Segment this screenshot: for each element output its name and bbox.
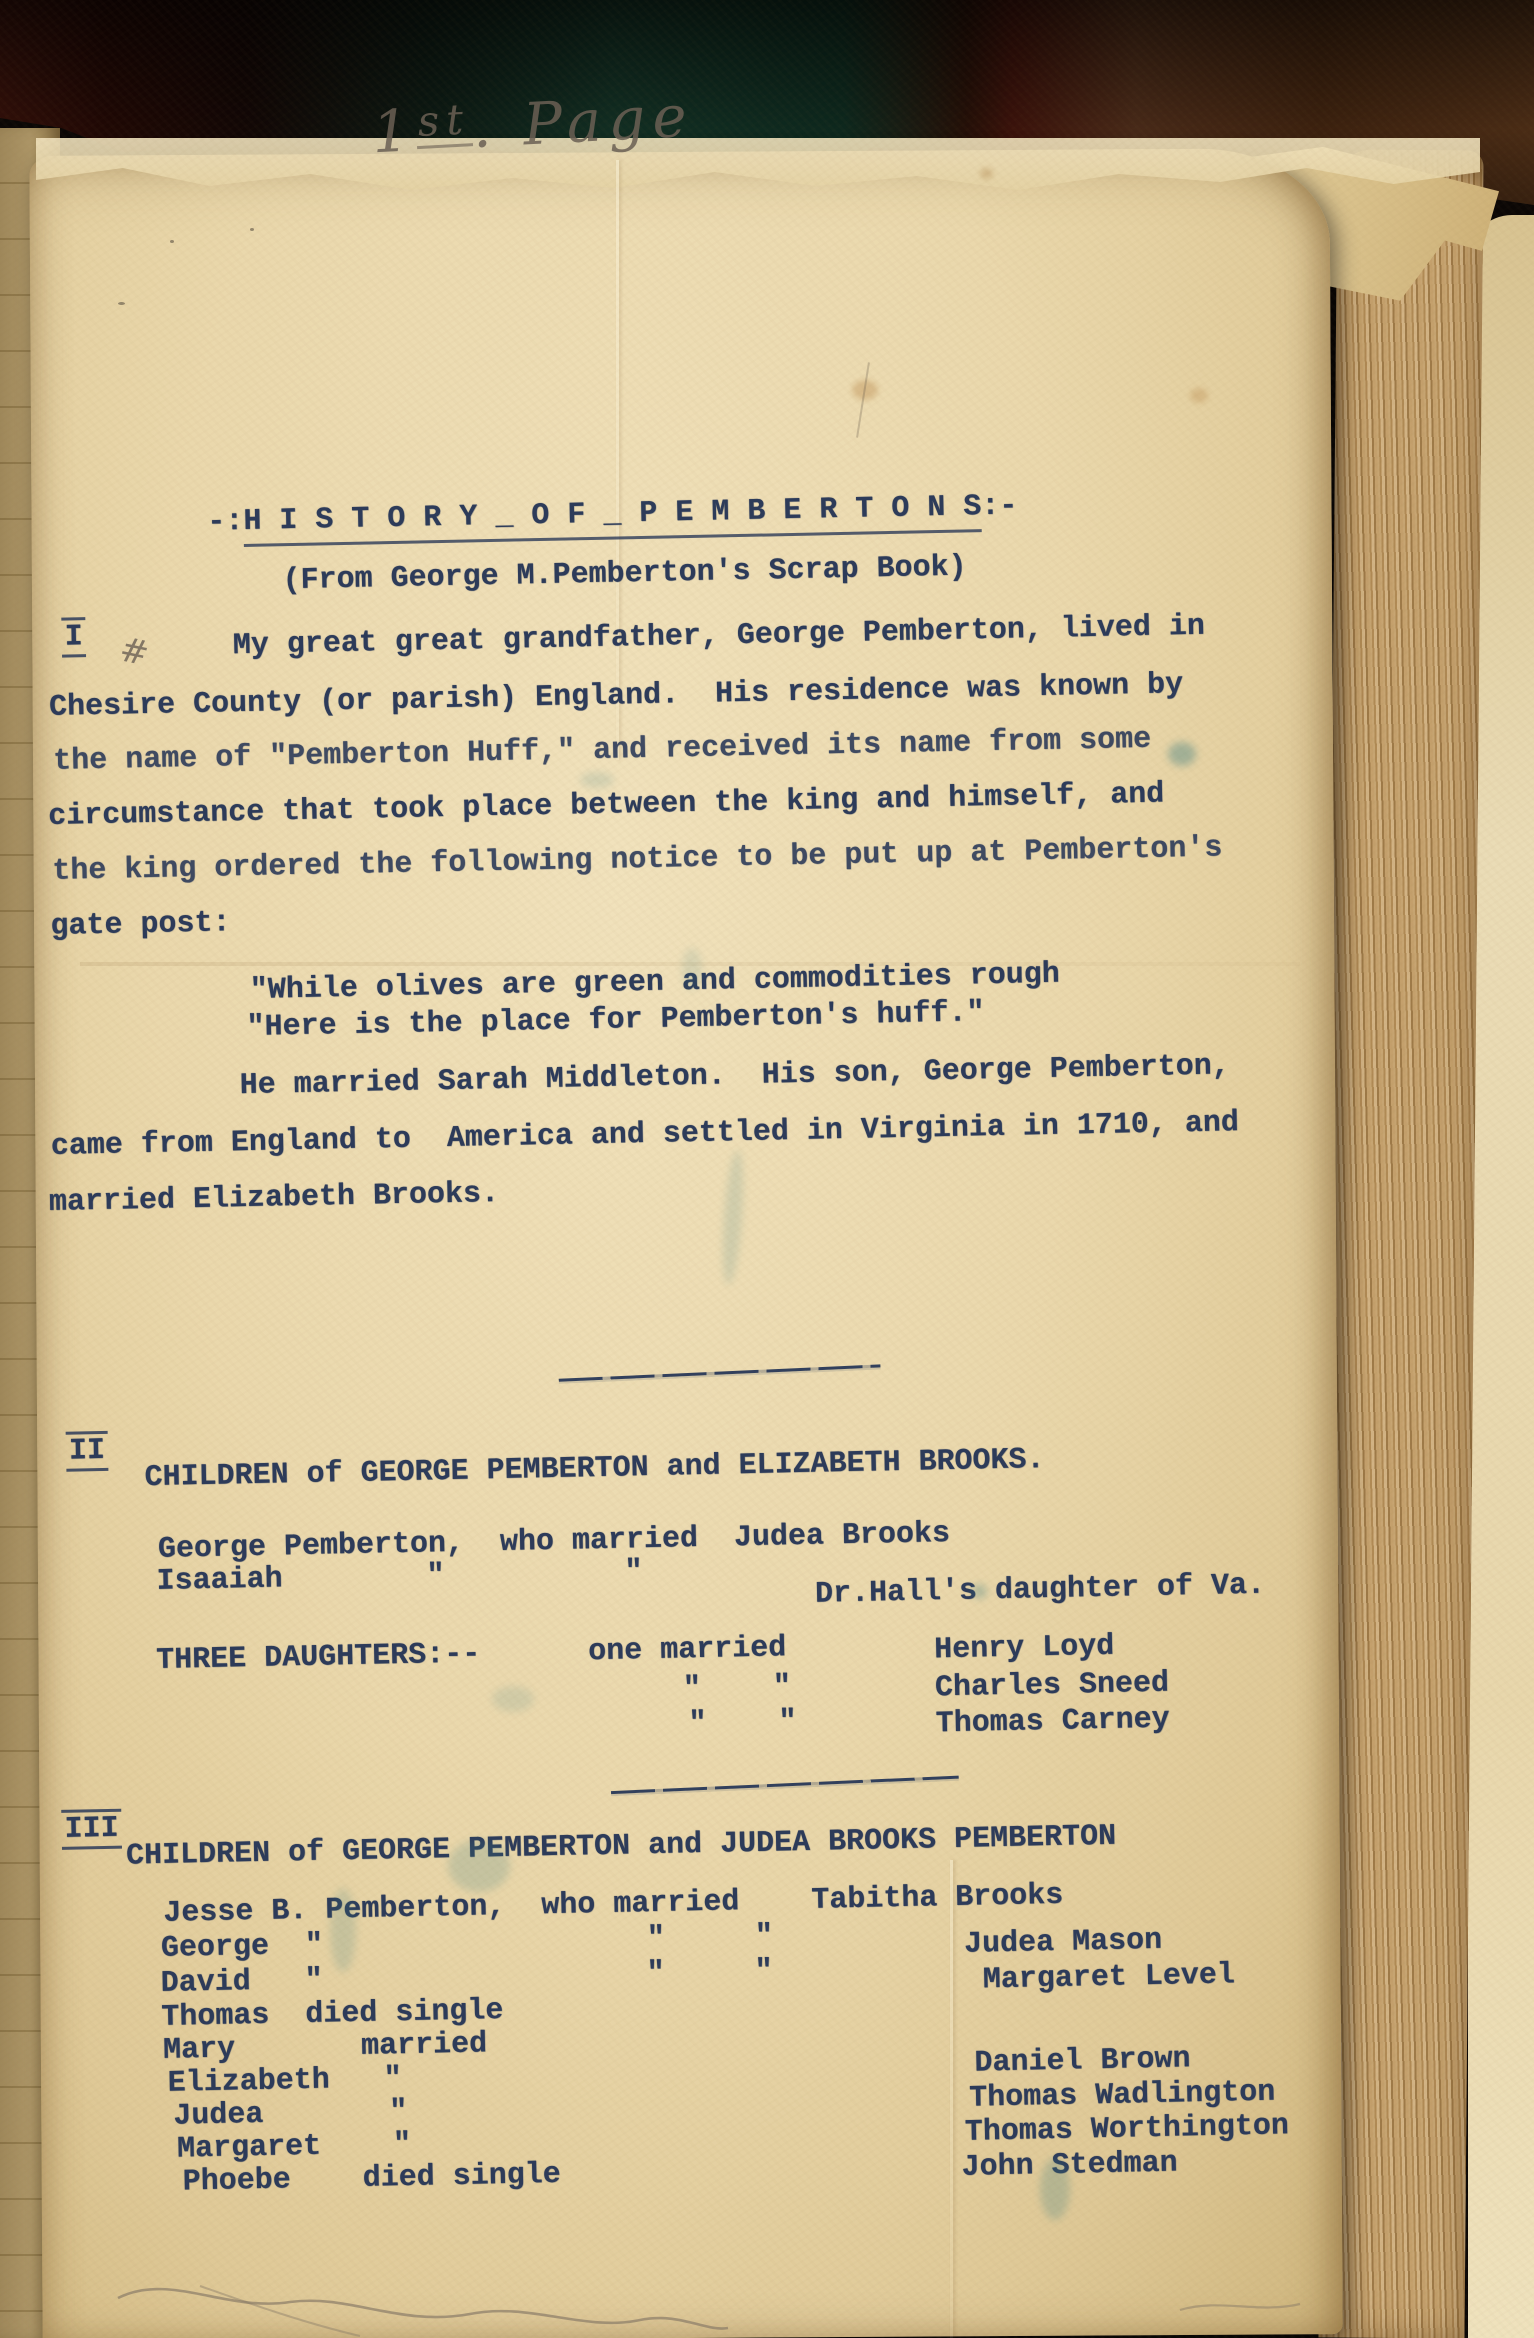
section3-row-phoebe: Phoebe died single [182, 2157, 561, 2201]
section3-spouse-margaret-level: Margaret Level [982, 1957, 1235, 1998]
roman-numeral-ii: II [66, 1433, 109, 1470]
section3-spouse-daniel-brown: Daniel Brown [974, 2041, 1191, 2081]
note-word: . Page [471, 82, 696, 161]
section2-husband-3: Thomas Carney [935, 1702, 1170, 1743]
note-ordinal: st [414, 94, 473, 149]
section2-husband-1: Henry Loyd [934, 1629, 1115, 1669]
para1-line-1: My great great grandfather, George Pembe… [233, 609, 1206, 665]
para1-line-4: circumstance that took place between the… [48, 777, 1165, 835]
section2-ditto-row-2: " " [688, 1704, 797, 1742]
section3-spouse-john-stedman: John Stedman [961, 2146, 1178, 2186]
para2-line-3: married Elizabeth Brooks. [49, 1176, 500, 1221]
para1-line-2: Chesire County (or parish) England. His … [49, 667, 1184, 726]
scrapbook-scan: 1st. Page # -:H I S T O R Y _ O F _ P E … [0, 0, 1534, 2338]
section3-spouse-judea-mason: Judea Mason [964, 1923, 1163, 1963]
typed-content: -:H I S T O R Y _ O F _ P E M B E R T O … [0, 0, 1534, 2338]
numeral-two-text: II [66, 1431, 109, 1472]
document-subtitle: (From George M.Pemberton's Scrap Book) [282, 549, 967, 599]
para1-line-5: the king ordered the following notice to… [52, 830, 1223, 889]
para1-line-3: the name of "Pemberton Huff," and receiv… [53, 722, 1152, 780]
typed-divider-2 [611, 1776, 959, 1794]
title-suffix: :- [981, 489, 1018, 524]
section2-row-drhall: Dr.Hall's daughter of Va. [815, 1568, 1266, 1613]
numeral-three-text: III [61, 1809, 122, 1850]
pencil-speck [250, 228, 254, 231]
section3-spouse-thomas-worthington: Thomas Worthington [965, 2108, 1290, 2150]
document-title: -:H I S T O R Y _ O F _ P E M B E R T O … [207, 488, 1018, 540]
section3-heading: CHILDREN of GEORGE PEMBERTON and JUDEA B… [126, 1819, 1117, 1875]
section2-husband-2: Charles Sneed [935, 1666, 1170, 1707]
roman-numeral-iii: III [61, 1811, 122, 1848]
note-number: 1 [370, 96, 417, 166]
para1-line-6: gate post: [50, 905, 231, 945]
title-text: H I S T O R Y _ O F _ P E M B E R T O N … [243, 490, 982, 547]
roman-numeral-i: I [61, 619, 86, 655]
numeral-one-text: I [61, 617, 86, 657]
pencil-speck [170, 240, 174, 243]
typed-divider-1 [559, 1364, 881, 1381]
pencil-speck [118, 302, 125, 305]
section2-heading: CHILDREN of GEORGE PEMBERTON and ELIZABE… [144, 1442, 1045, 1496]
para2-line-2: came from England to America and settled… [51, 1105, 1240, 1165]
para2-line-1: He married Sarah Middleton. His son, Geo… [239, 1048, 1230, 1104]
section2-ditto-row-1: " " [683, 1669, 792, 1707]
title-prefix: -: [207, 505, 244, 540]
